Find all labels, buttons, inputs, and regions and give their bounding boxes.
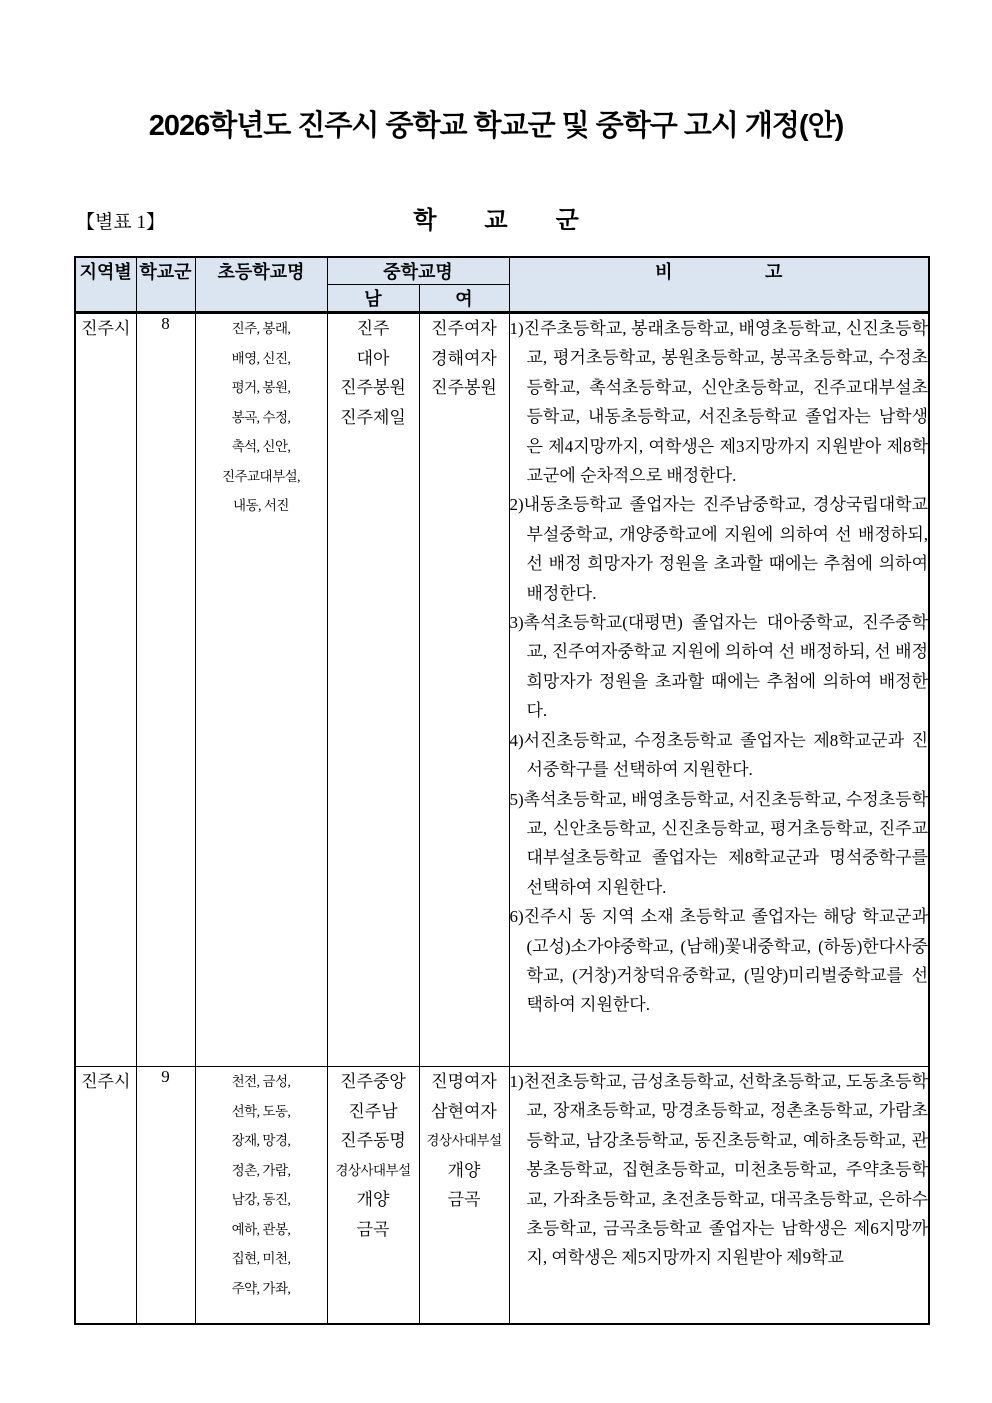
elementary-school-line: 진주교대부설,	[196, 462, 327, 492]
elementary-school-line: 집현, 미천,	[196, 1244, 327, 1274]
elementary-school-line: 선학, 도동,	[196, 1097, 327, 1127]
note-item: 2)내동초등학교 졸업자는 진주남중학교, 경상국립대학교부설중학교, 개양중학…	[510, 490, 929, 608]
note-item: 4)서진초등학교, 수정초등학교 졸업자는 제8학교군과 진서중학구를 선택하여…	[510, 726, 929, 785]
elementary-school-line: 예하, 관봉,	[196, 1215, 327, 1245]
note-item: 1)천전초등학교, 금성초등학교, 선학초등학교, 도동초등학교, 장재초등학교…	[510, 1067, 929, 1273]
elementary-schools-cell: 진주, 봉래,배영, 신진,평거, 봉원,봉곡, 수정,촉석, 신안,진주교대부…	[195, 313, 327, 1067]
header-group: 학교군	[136, 257, 195, 313]
female-middle-school-line: 진주봉원	[420, 373, 509, 403]
document-title: 2026학년도 진주시 중학교 학교군 및 중학구 고시 개정(안)	[0, 103, 992, 144]
male-middle-school-line: 진주남	[328, 1097, 419, 1127]
school-group-number-cell: 9	[136, 1067, 195, 1324]
header-elementary: 초등학교명	[195, 257, 327, 313]
male-middle-school-line: 개양	[328, 1185, 419, 1215]
note-item: 5)촉석초등학교, 배영초등학교, 서진초등학교, 수정초등학교, 신안초등학교…	[510, 785, 929, 903]
header-female: 여	[419, 285, 509, 313]
male-middle-school-line: 대아	[328, 344, 419, 374]
elementary-school-line: 정촌, 가람,	[196, 1156, 327, 1186]
elementary-school-line: 평거, 봉원,	[196, 373, 327, 403]
male-middle-school-line: 진주봉원	[328, 373, 419, 403]
document-page: 2026학년도 진주시 중학교 학교군 및 중학구 고시 개정(안) 【별표 1…	[0, 0, 992, 1403]
female-middle-school-line: 개양	[420, 1156, 509, 1186]
elementary-schools-cell: 천전, 금성,선학, 도동,장재, 망경,정촌, 가람,남강, 동진,예하, 관…	[195, 1067, 327, 1324]
elementary-school-line: 남강, 동진,	[196, 1185, 327, 1215]
header-row-1: 지역별 학교군 초등학교명 중학교명 비 고	[75, 257, 929, 285]
female-middle-school-line: 진명여자	[420, 1067, 509, 1097]
elementary-school-line: 천전, 금성,	[196, 1067, 327, 1097]
male-middle-school-line: 진주중앙	[328, 1067, 419, 1097]
elementary-school-line: 내동, 서진	[196, 491, 327, 521]
male-middle-school-line: 경상사대부설	[328, 1156, 419, 1186]
elementary-school-line: 장재, 망경,	[196, 1126, 327, 1156]
female-middle-school-line: 진주여자	[420, 314, 509, 344]
header-male: 남	[327, 285, 419, 313]
school-district-table: 지역별 학교군 초등학교명 중학교명 비 고 남 여 진주시8진주, 봉래,배영…	[74, 256, 930, 1325]
male-middle-school-line: 진주	[328, 314, 419, 344]
table-row: 진주시9천전, 금성,선학, 도동,장재, 망경,정촌, 가람,남강, 동진,예…	[75, 1067, 929, 1324]
elementary-school-line: 촉석, 신안,	[196, 432, 327, 462]
elementary-school-line: 진주, 봉래,	[196, 314, 327, 344]
table-header: 지역별 학교군 초등학교명 중학교명 비 고 남 여	[75, 257, 929, 313]
elementary-school-line: 배영, 신진,	[196, 344, 327, 374]
note-item: 1)진주초등학교, 봉래초등학교, 배영초등학교, 신진초등학교, 평거초등학교…	[510, 314, 929, 490]
note-cell: 1)천전초등학교, 금성초등학교, 선학초등학교, 도동초등학교, 장재초등학교…	[509, 1067, 929, 1324]
region-cell: 진주시	[75, 1067, 136, 1324]
note-item: 3)촉석초등학교(대평면) 졸업자는 대아중학교, 진주중학교, 진주여자중학교…	[510, 608, 929, 726]
female-middle-schools-cell: 진주여자경해여자진주봉원	[419, 313, 509, 1067]
male-middle-school-line: 금곡	[328, 1215, 419, 1245]
male-middle-schools-cell: 진주대아진주봉원진주제일	[327, 313, 419, 1067]
elementary-school-line: 주약, 가좌,	[196, 1274, 327, 1304]
header-note: 비 고	[509, 257, 929, 313]
note-cell: 1)진주초등학교, 봉래초등학교, 배영초등학교, 신진초등학교, 평거초등학교…	[509, 313, 929, 1067]
region-cell: 진주시	[75, 313, 136, 1067]
school-group-number-cell: 8	[136, 313, 195, 1067]
female-middle-schools-cell: 진명여자삼현여자경상사대부설개양금곡	[419, 1067, 509, 1324]
male-middle-school-line: 진주동명	[328, 1126, 419, 1156]
section-subtitle: 학 교 군	[0, 200, 992, 235]
female-middle-school-line: 경상사대부설	[420, 1126, 509, 1156]
male-middle-schools-cell: 진주중앙진주남진주동명경상사대부설개양금곡	[327, 1067, 419, 1324]
female-middle-school-line: 삼현여자	[420, 1097, 509, 1127]
female-middle-school-line: 경해여자	[420, 344, 509, 374]
header-middle-school: 중학교명	[327, 257, 509, 285]
table-row: 진주시8진주, 봉래,배영, 신진,평거, 봉원,봉곡, 수정,촉석, 신안,진…	[75, 313, 929, 1067]
header-region: 지역별	[75, 257, 136, 313]
note-item: 6)진주시 동 지역 소재 초등학교 졸업자는 해당 학교군과 (고성)소가야중…	[510, 902, 929, 1020]
female-middle-school-line: 금곡	[420, 1185, 509, 1215]
elementary-school-line: 봉곡, 수정,	[196, 403, 327, 433]
male-middle-school-line: 진주제일	[328, 403, 419, 433]
table-body: 진주시8진주, 봉래,배영, 신진,평거, 봉원,봉곡, 수정,촉석, 신안,진…	[75, 313, 929, 1324]
